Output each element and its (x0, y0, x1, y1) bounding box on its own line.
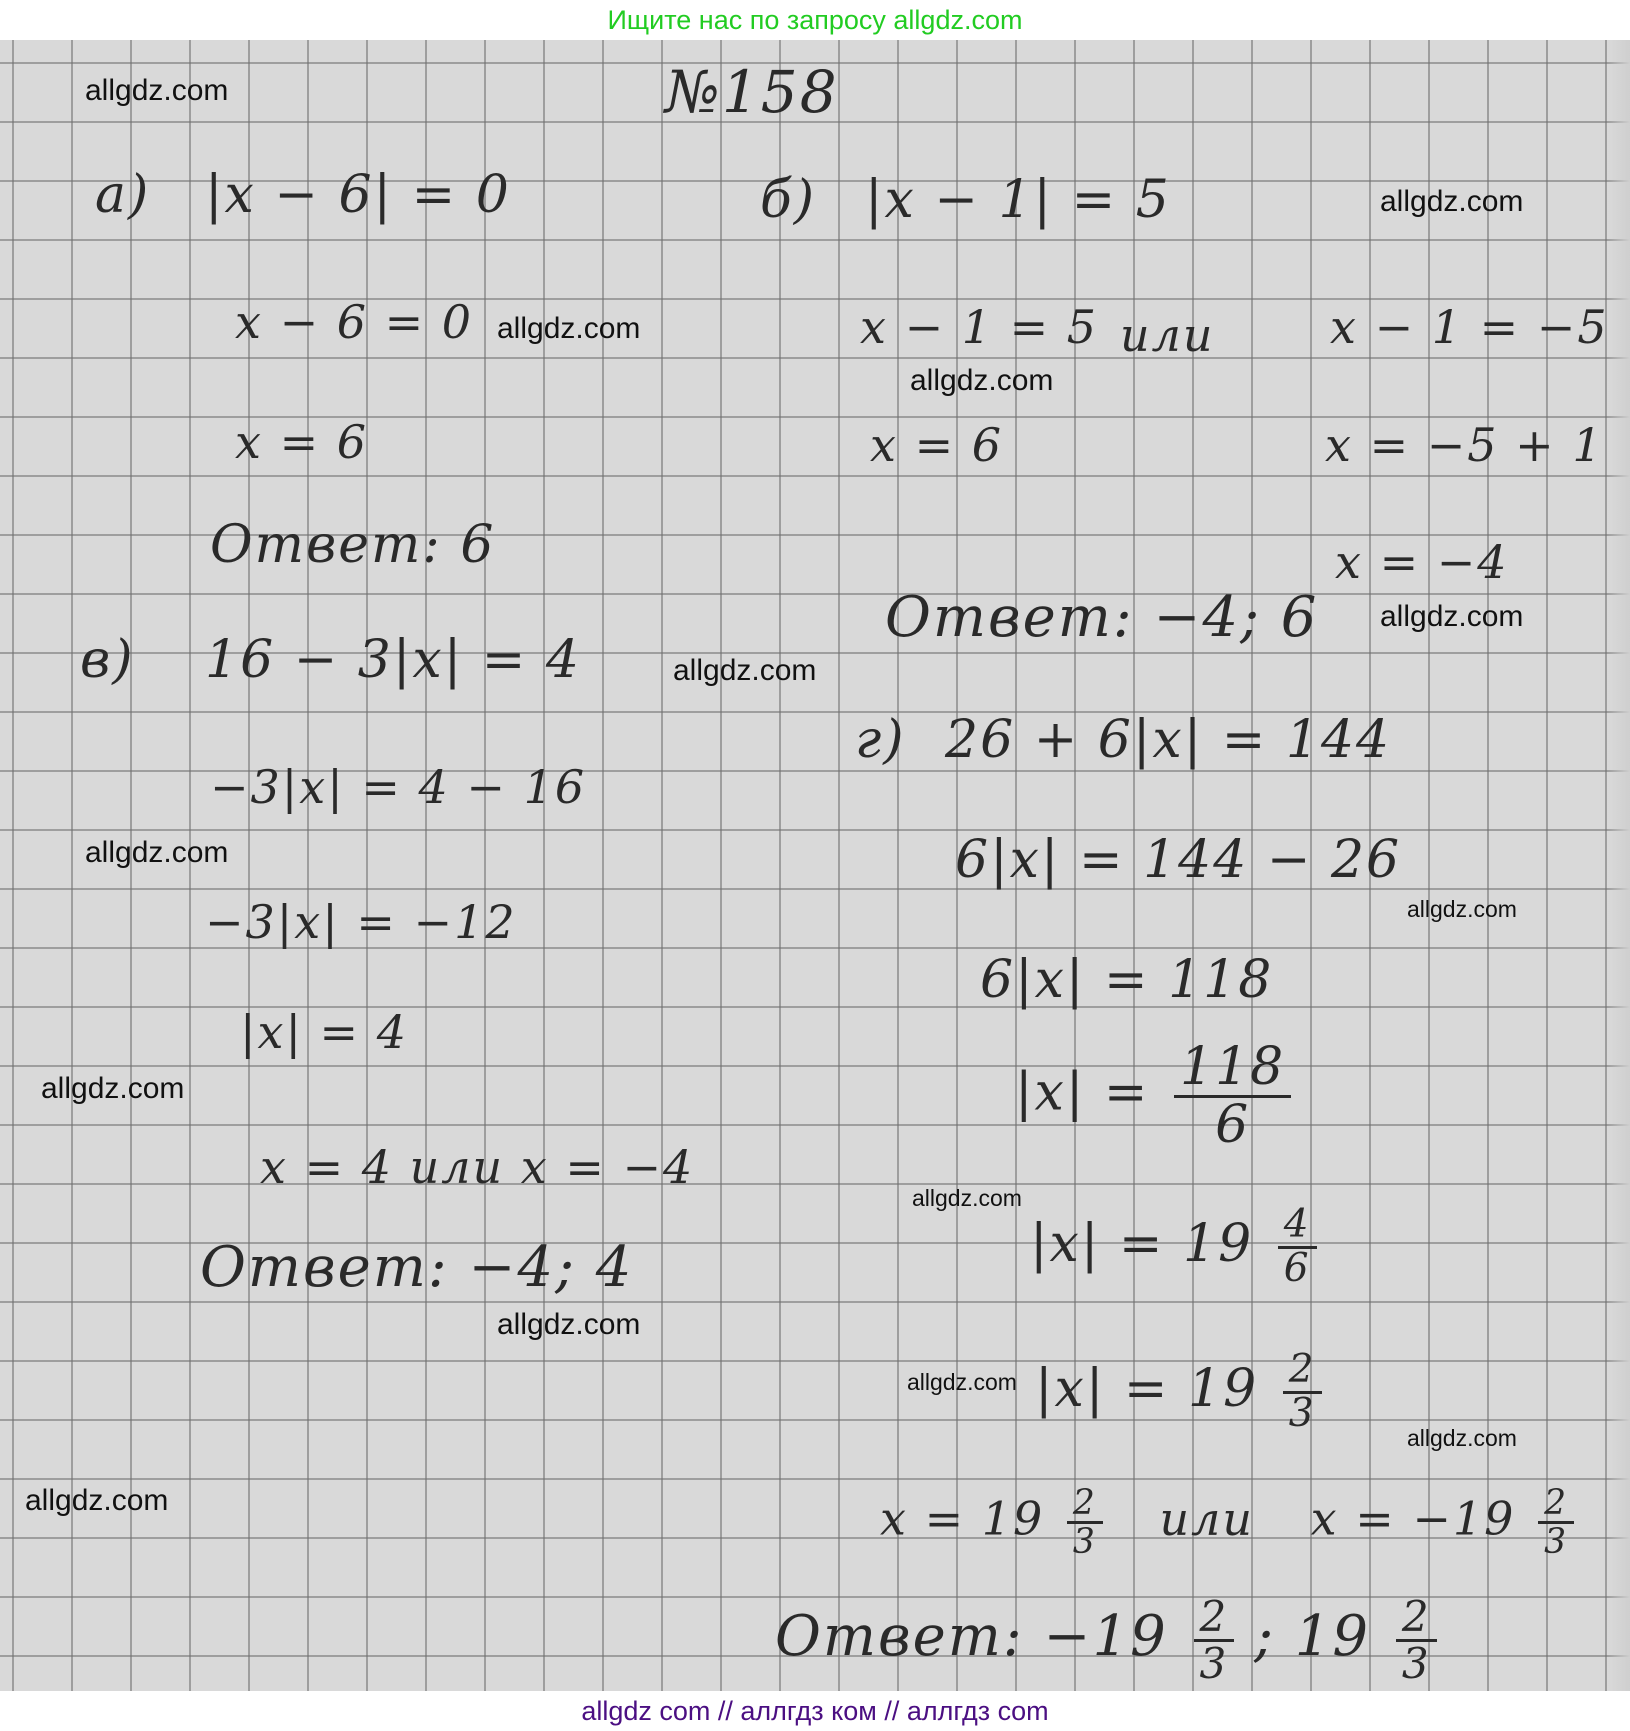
watermark: allgdz.com (85, 74, 228, 108)
part-g-cases: x = 19 2 3 или x = −19 2 3 (880, 1485, 1574, 1560)
watermark: allgdz.com (1407, 896, 1517, 923)
top-banner: Ищите нас по запросу allgdz.com (0, 0, 1630, 40)
mixed-lhs: |x| = 19 (1030, 1214, 1253, 1274)
fraction-numerator: 2 (1067, 1485, 1103, 1524)
fraction: 2 3 (1194, 1595, 1235, 1686)
part-v-label: в) (80, 630, 135, 690)
fraction-numerator: 4 (1278, 1205, 1317, 1249)
fraction: 2 3 (1283, 1350, 1322, 1435)
part-b-answer: Ответ: −4; 6 (885, 585, 1318, 650)
part-g-label: г) (855, 710, 906, 770)
case-connector: или (1159, 1492, 1254, 1546)
notebook-page: allgdz.com allgdz.com allgdz.com allgdz.… (0, 40, 1630, 1691)
watermark: allgdz.com (1407, 1425, 1517, 1452)
part-b-label: б) (760, 170, 816, 230)
watermark: allgdz.com (85, 836, 228, 870)
bottom-banner: allgdz com // аллгдз ком // аллгдз com (0, 1691, 1630, 1731)
part-a-equation: |x − 6| = 0 (205, 165, 511, 225)
part-a-answer: Ответ: 6 (210, 515, 495, 575)
case-right: x = −19 (1311, 1492, 1516, 1546)
fraction-denominator: 3 (1402, 1642, 1431, 1686)
fraction-numerator: 2 (1194, 1595, 1235, 1642)
part-b-equation: |x − 1| = 5 (865, 170, 1171, 230)
part-a-step: x − 6 = 0 (235, 295, 473, 349)
part-b-right-step: x = −5 + 1 (1325, 418, 1604, 472)
part-v-answer: Ответ: −4; 4 (200, 1235, 633, 1300)
watermark: allgdz.com (1380, 185, 1523, 219)
part-b-left-step: x = 6 (870, 418, 1003, 472)
part-v-step: −3|x| = −12 (205, 895, 517, 949)
watermark: allgdz.com (912, 1185, 1022, 1212)
part-v-step: −3|x| = 4 − 16 (210, 760, 586, 814)
fraction-denominator: 3 (1073, 1524, 1097, 1560)
fraction-denominator: 3 (1200, 1642, 1229, 1686)
part-b-right-step: x − 1 = −5 (1330, 300, 1609, 354)
answer-separator: ; 19 (1254, 1604, 1370, 1669)
answer-prefix: Ответ: −19 (775, 1604, 1168, 1669)
part-g-equation: 26 + 6|x| = 144 (945, 710, 1391, 770)
fraction-numerator: 2 (1538, 1485, 1574, 1524)
fraction-lhs: |x| = (1015, 1063, 1149, 1123)
watermark: allgdz.com (673, 654, 816, 688)
case-left: x = 19 (880, 1492, 1044, 1546)
watermark: allgdz.com (25, 1484, 168, 1518)
watermark: allgdz.com (910, 364, 1053, 398)
fraction: 4 6 (1278, 1205, 1317, 1290)
part-g-mixed-step: |x| = 19 2 3 (1035, 1350, 1322, 1435)
fraction-numerator: 118 (1174, 1040, 1291, 1098)
mixed-lhs: |x| = 19 (1035, 1359, 1258, 1419)
watermark: allgdz.com (1380, 600, 1523, 634)
fraction-denominator: 6 (1284, 1249, 1311, 1290)
part-g-answer: Ответ: −19 2 3 ; 19 2 3 (775, 1595, 1437, 1686)
fraction: 118 6 (1174, 1040, 1291, 1152)
watermark: allgdz.com (41, 1072, 184, 1106)
fraction-numerator: 2 (1396, 1595, 1437, 1642)
fraction-denominator: 3 (1544, 1524, 1568, 1560)
part-v-step: |x| = 4 (240, 1005, 408, 1059)
watermark: allgdz.com (497, 312, 640, 346)
part-g-fraction-step: |x| = 118 6 (1015, 1040, 1291, 1152)
fraction-denominator: 3 (1289, 1394, 1316, 1435)
fraction: 2 3 (1396, 1595, 1437, 1686)
part-v-cases: x = 4 или x = −4 (260, 1140, 694, 1194)
fraction-numerator: 2 (1283, 1350, 1322, 1394)
part-g-mixed-step: |x| = 19 4 6 (1030, 1205, 1317, 1290)
part-b-right-step: x = −4 (1335, 535, 1509, 589)
part-v-equation: 16 − 3|x| = 4 (205, 630, 581, 690)
fraction-denominator: 6 (1215, 1098, 1250, 1153)
fraction: 2 3 (1538, 1485, 1574, 1560)
part-b-connector: или (1120, 308, 1215, 362)
part-g-step: 6|x| = 144 − 26 (955, 830, 1401, 890)
part-a-step: x = 6 (235, 415, 368, 469)
fraction: 2 3 (1067, 1485, 1103, 1560)
part-a-label: а) (95, 165, 150, 225)
problem-number: №158 (665, 58, 839, 126)
part-g-step: 6|x| = 118 (980, 950, 1273, 1010)
part-b-left-step: x − 1 = 5 (860, 300, 1098, 354)
watermark: allgdz.com (497, 1308, 640, 1342)
watermark: allgdz.com (907, 1369, 1017, 1396)
